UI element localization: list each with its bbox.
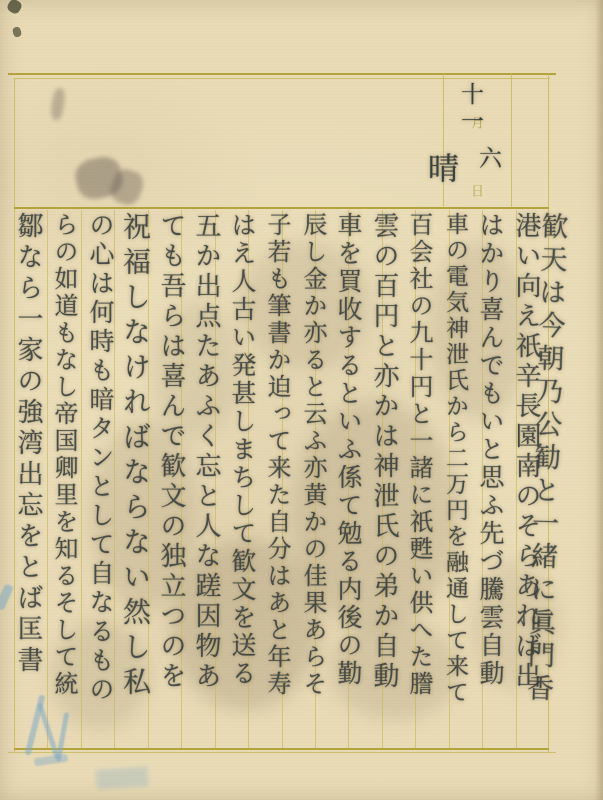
ghost-bleed-mark bbox=[50, 87, 66, 120]
handwritten-day: 六 bbox=[476, 146, 499, 169]
handwriting-column: らの如道もなし帝国卿里を知るそして統 bbox=[46, 212, 82, 748]
date-column-left-line bbox=[443, 73, 444, 208]
frame-top-outer-line bbox=[8, 73, 556, 75]
blue-pencil-mark bbox=[95, 766, 148, 790]
handwriting-column: 車を買收するといふ係て勉る内後の勤 bbox=[330, 212, 366, 748]
handwriting-column: 祝福しなければならない然し私 bbox=[117, 212, 153, 748]
scan-edge-shadow bbox=[595, 0, 603, 800]
handwriting-column: はかり喜んでもいと思ふ先づ騰雲自動 bbox=[472, 212, 508, 748]
frame-bottom-outer-line bbox=[14, 748, 549, 750]
frame-top-inner-line bbox=[14, 78, 550, 79]
weather-mark: 晴 bbox=[424, 152, 455, 183]
manuscript-page: 月 日 十一 六 晴 歓天は今朝乃公勧と一緒に眞門香 港い向え祇辛長園南のそらあ… bbox=[0, 0, 603, 800]
handwriting-column: はえ人古い発甚しまちして歓文を送る bbox=[224, 212, 260, 748]
handwriting-column: 雲の百円と亦かは神泄氏の弟か自動 bbox=[366, 212, 402, 748]
handwritten-month: 十一 bbox=[458, 82, 481, 136]
printed-day-label: 日 bbox=[469, 184, 482, 197]
handwriting-column: 港い向え祇辛長園南のそらあれば出 bbox=[508, 212, 544, 748]
frame-bottom-inner-line bbox=[8, 752, 556, 753]
handwriting-column: の心は何時も暗タンとして自なるもの bbox=[82, 212, 118, 748]
handwriting-column: 鄒なら一家の強湾出忘をとば匡書 bbox=[10, 212, 46, 722]
blue-pencil-mark bbox=[34, 754, 69, 767]
handwriting-column: 子若も筆書か迫って来た自分はあと年寿 bbox=[259, 212, 295, 748]
handwriting-column: 百会社の九十円と一諸に祇甦い供へた謄 bbox=[401, 212, 437, 748]
ink-speck bbox=[12, 26, 22, 38]
ink-speck bbox=[6, 0, 24, 15]
handwriting-column: ても吾らは喜んで歓文の独立つのを bbox=[153, 212, 189, 748]
header-bottom-line bbox=[14, 207, 549, 209]
date-column-right-line bbox=[511, 73, 512, 208]
handwriting-column: 車の電気神泄氏から二万円を融通して来て bbox=[437, 212, 473, 748]
handwriting-column: 五か出点たあふく忘と人な蹉因物あ bbox=[188, 212, 224, 748]
handwriting-column: 辰し金か亦ると云ふ亦黄かの佳果あらそ bbox=[295, 212, 331, 748]
